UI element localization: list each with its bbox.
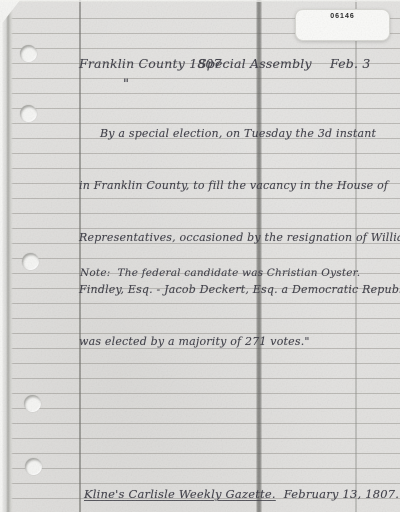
quote-line: By a special election, on Tuesday the 3d… [79, 127, 400, 141]
catalog-number: 06146 [296, 13, 389, 20]
quote-paragraph: By a special election, on Tuesday the 3d… [79, 89, 400, 387]
catalog-label: 06146 [295, 9, 390, 41]
citation-source: Kline's Carlisle Weekly Gazette. [84, 487, 276, 501]
punch-hole [20, 105, 37, 122]
citation-line: Kline's Carlisle Weekly Gazette.February… [84, 487, 399, 501]
punch-hole [25, 458, 42, 475]
paper-corner-top-left [0, 0, 20, 26]
quote-line: in Franklin County, to fill the vacancy … [79, 179, 400, 193]
punch-hole [22, 253, 39, 270]
quote-line: Representatives, occasioned by the resig… [79, 231, 400, 245]
page-title: Franklin County 1807 Special Assembly Fe… [0, 56, 400, 72]
quote-line: Findley, Esq. - Jacob Deckert, Esq. a De… [79, 283, 400, 297]
note-line: Note: The federal candidate was Christia… [80, 267, 360, 279]
quote-line: was elected by a majority of 271 votes." [79, 335, 400, 349]
title-date: Feb. 3 [330, 56, 371, 71]
scanned-notebook-page: 06146 Franklin County 1807 Special Assem… [0, 0, 400, 512]
punch-hole [24, 395, 41, 412]
paper-top-edge [0, 0, 400, 2]
title-event: Special Assembly [198, 56, 312, 71]
citation-date: February 13, 1807. [284, 487, 399, 501]
